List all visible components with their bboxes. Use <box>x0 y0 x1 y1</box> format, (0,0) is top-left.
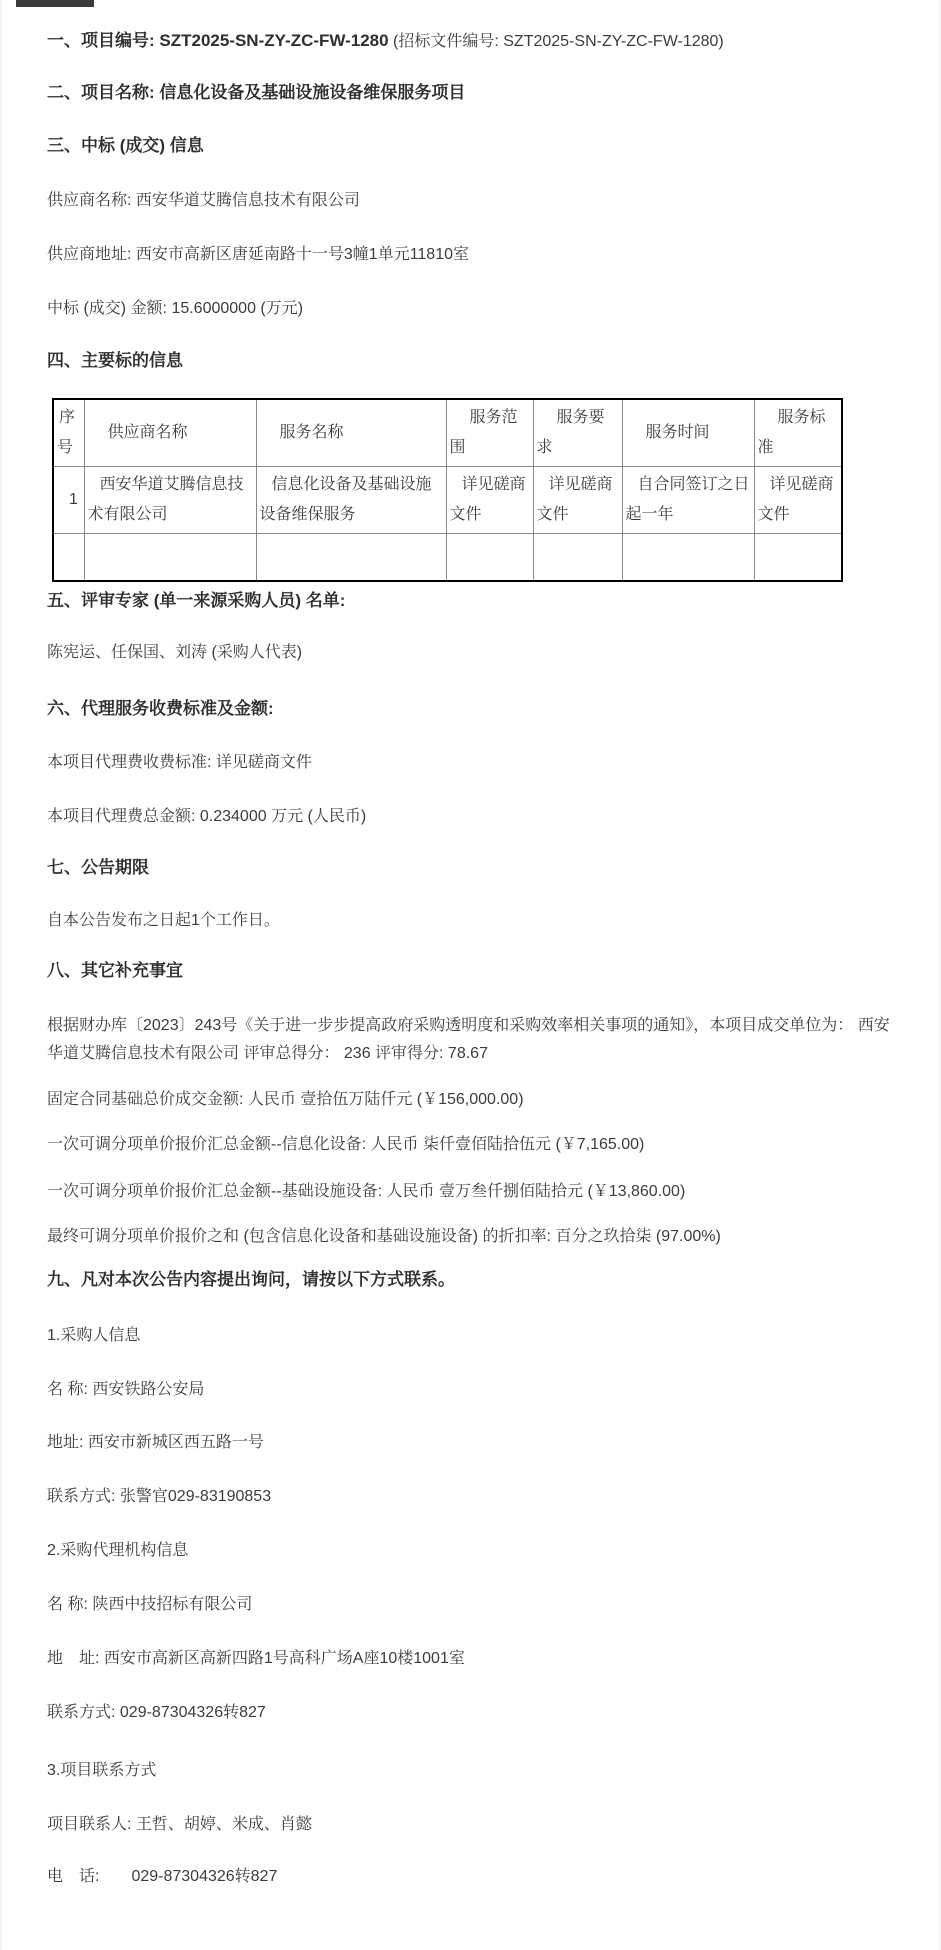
project-contacts: 项目联系人: 王哲、胡婷、米成、肖懿 <box>47 1814 312 1836</box>
supplement-p2: 固定合同基础总价成交金额: 人民币 壹拾伍万陆仟元 (￥156,000.00) <box>47 1086 899 1114</box>
cell-supplier: 西安华道艾腾信息技术有限公司 <box>84 467 256 534</box>
col-header-service-standard: 服务标准 <box>754 399 842 467</box>
cell-service-name: 信息化设备及基础设施设备维保服务 <box>256 467 446 534</box>
announcement-page: 一、项目编号: SZT2025-SN-ZY-ZC-FW-1280 (招标文件编号… <box>0 0 941 1950</box>
section-award-info-heading: 三、中标 (成交) 信息 <box>47 135 204 157</box>
supplier-name: 供应商名称: 西安华道艾腾信息技术有限公司 <box>47 190 360 212</box>
agency-fee-total: 本项目代理费总金额: 0.234000 万元 (人民币) <box>47 806 366 828</box>
section-main-subject-heading: 四、主要标的信息 <box>47 350 183 372</box>
purchaser-title: 1.采购人信息 <box>47 1325 140 1347</box>
cell-service-scope: 详见磋商文件 <box>446 467 533 534</box>
project-contact-title: 3.项目联系方式 <box>47 1760 156 1782</box>
expert-names: 陈宪运、任保国、刘涛 (采购人代表) <box>47 642 302 664</box>
table-header-row: 序号 供应商名称 服务名称 服务范围 服务要求 服务时间 服务标准 <box>53 399 842 467</box>
purchaser-address: 地址: 西安市新城区西五路一号 <box>47 1432 264 1454</box>
col-header-seq: 序号 <box>53 399 84 467</box>
section-project-name: 二、项目名称: 信息化设备及基础设施设备维保服务项目 <box>47 82 465 104</box>
col-header-supplier: 供应商名称 <box>84 399 256 467</box>
project-number-label: 一、项目编号: SZT2025-SN-ZY-ZC-FW-1280 <box>47 31 389 50</box>
section-period-heading: 七、公告期限 <box>47 857 149 879</box>
cell-service-requirement: 详见磋商文件 <box>533 467 622 534</box>
supplement-p3: 一次可调分项单价报价汇总金额--信息化设备: 人民币 柒仟壹佰陆拾伍元 (￥7,… <box>47 1131 899 1159</box>
partial-top-element <box>16 0 94 7</box>
supplement-p4: 一次可调分项单价报价汇总金额--基础设施设备: 人民币 壹万叁仟捌佰陆拾元 (￥… <box>47 1178 899 1206</box>
col-header-service-scope: 服务范围 <box>446 399 533 467</box>
supplier-address: 供应商地址: 西安市高新区唐延南路十一号3幢1单元11810室 <box>47 244 469 266</box>
section-project-number: 一、项目编号: SZT2025-SN-ZY-ZC-FW-1280 (招标文件编号… <box>47 30 724 53</box>
agency-phone: 联系方式: 029-87304326转827 <box>47 1702 266 1724</box>
project-phone: 电 话: 029-87304326转827 <box>47 1866 277 1888</box>
period-content: 自本公告发布之日起1个工作日。 <box>47 910 280 932</box>
agency-name: 名 称: 陕西中技招标有限公司 <box>47 1594 252 1616</box>
supplement-p1: 根据财办库〔2023〕243号《关于进一步步提高政府采购透明度和采购效率相关事项… <box>47 1012 899 1068</box>
supplement-p5: 最终可调分项单价报价之和 (包含信息化设备和基础设施设备) 的折扣率: 百分之玖… <box>47 1223 899 1251</box>
cell-service-standard: 详见磋商文件 <box>754 467 842 534</box>
section-contact-heading: 九、凡对本次公告内容提出询问，请按以下方式联系。 <box>47 1269 455 1291</box>
main-subject-table: 序号 供应商名称 服务名称 服务范围 服务要求 服务时间 服务标准 1 西安华道… <box>52 398 843 582</box>
agency-address: 地 址: 西安市高新区高新四路1号高科广场A座10楼1001室 <box>47 1648 465 1670</box>
cell-service-time: 自合同签订之日起一年 <box>622 467 754 534</box>
table-row: 1 西安华道艾腾信息技术有限公司 信息化设备及基础设施设备维保服务 详见磋商文件… <box>53 467 842 534</box>
table-empty-row <box>53 534 842 582</box>
purchaser-name: 名 称: 西安铁路公安局 <box>47 1379 204 1401</box>
section-supplement-heading: 八、其它补充事宜 <box>47 960 183 982</box>
purchaser-phone: 联系方式: 张警官029-83190853 <box>47 1486 271 1508</box>
col-header-service-requirement: 服务要求 <box>533 399 622 467</box>
project-number-note: (招标文件编号: SZT2025-SN-ZY-ZC-FW-1280) <box>389 33 724 50</box>
section-agency-fee-heading: 六、代理服务收费标准及金额: <box>47 698 274 720</box>
agency-fee-standard: 本项目代理费收费标准: 详见磋商文件 <box>47 752 312 774</box>
award-amount: 中标 (成交) 金额: 15.6000000 (万元) <box>47 298 303 320</box>
cell-seq: 1 <box>53 467 84 534</box>
section-experts-heading: 五、评审专家 (单一来源采购人员) 名单: <box>47 590 345 612</box>
col-header-service-time: 服务时间 <box>622 399 754 467</box>
col-header-service-name: 服务名称 <box>256 399 446 467</box>
agency-title: 2.采购代理机构信息 <box>47 1540 188 1562</box>
